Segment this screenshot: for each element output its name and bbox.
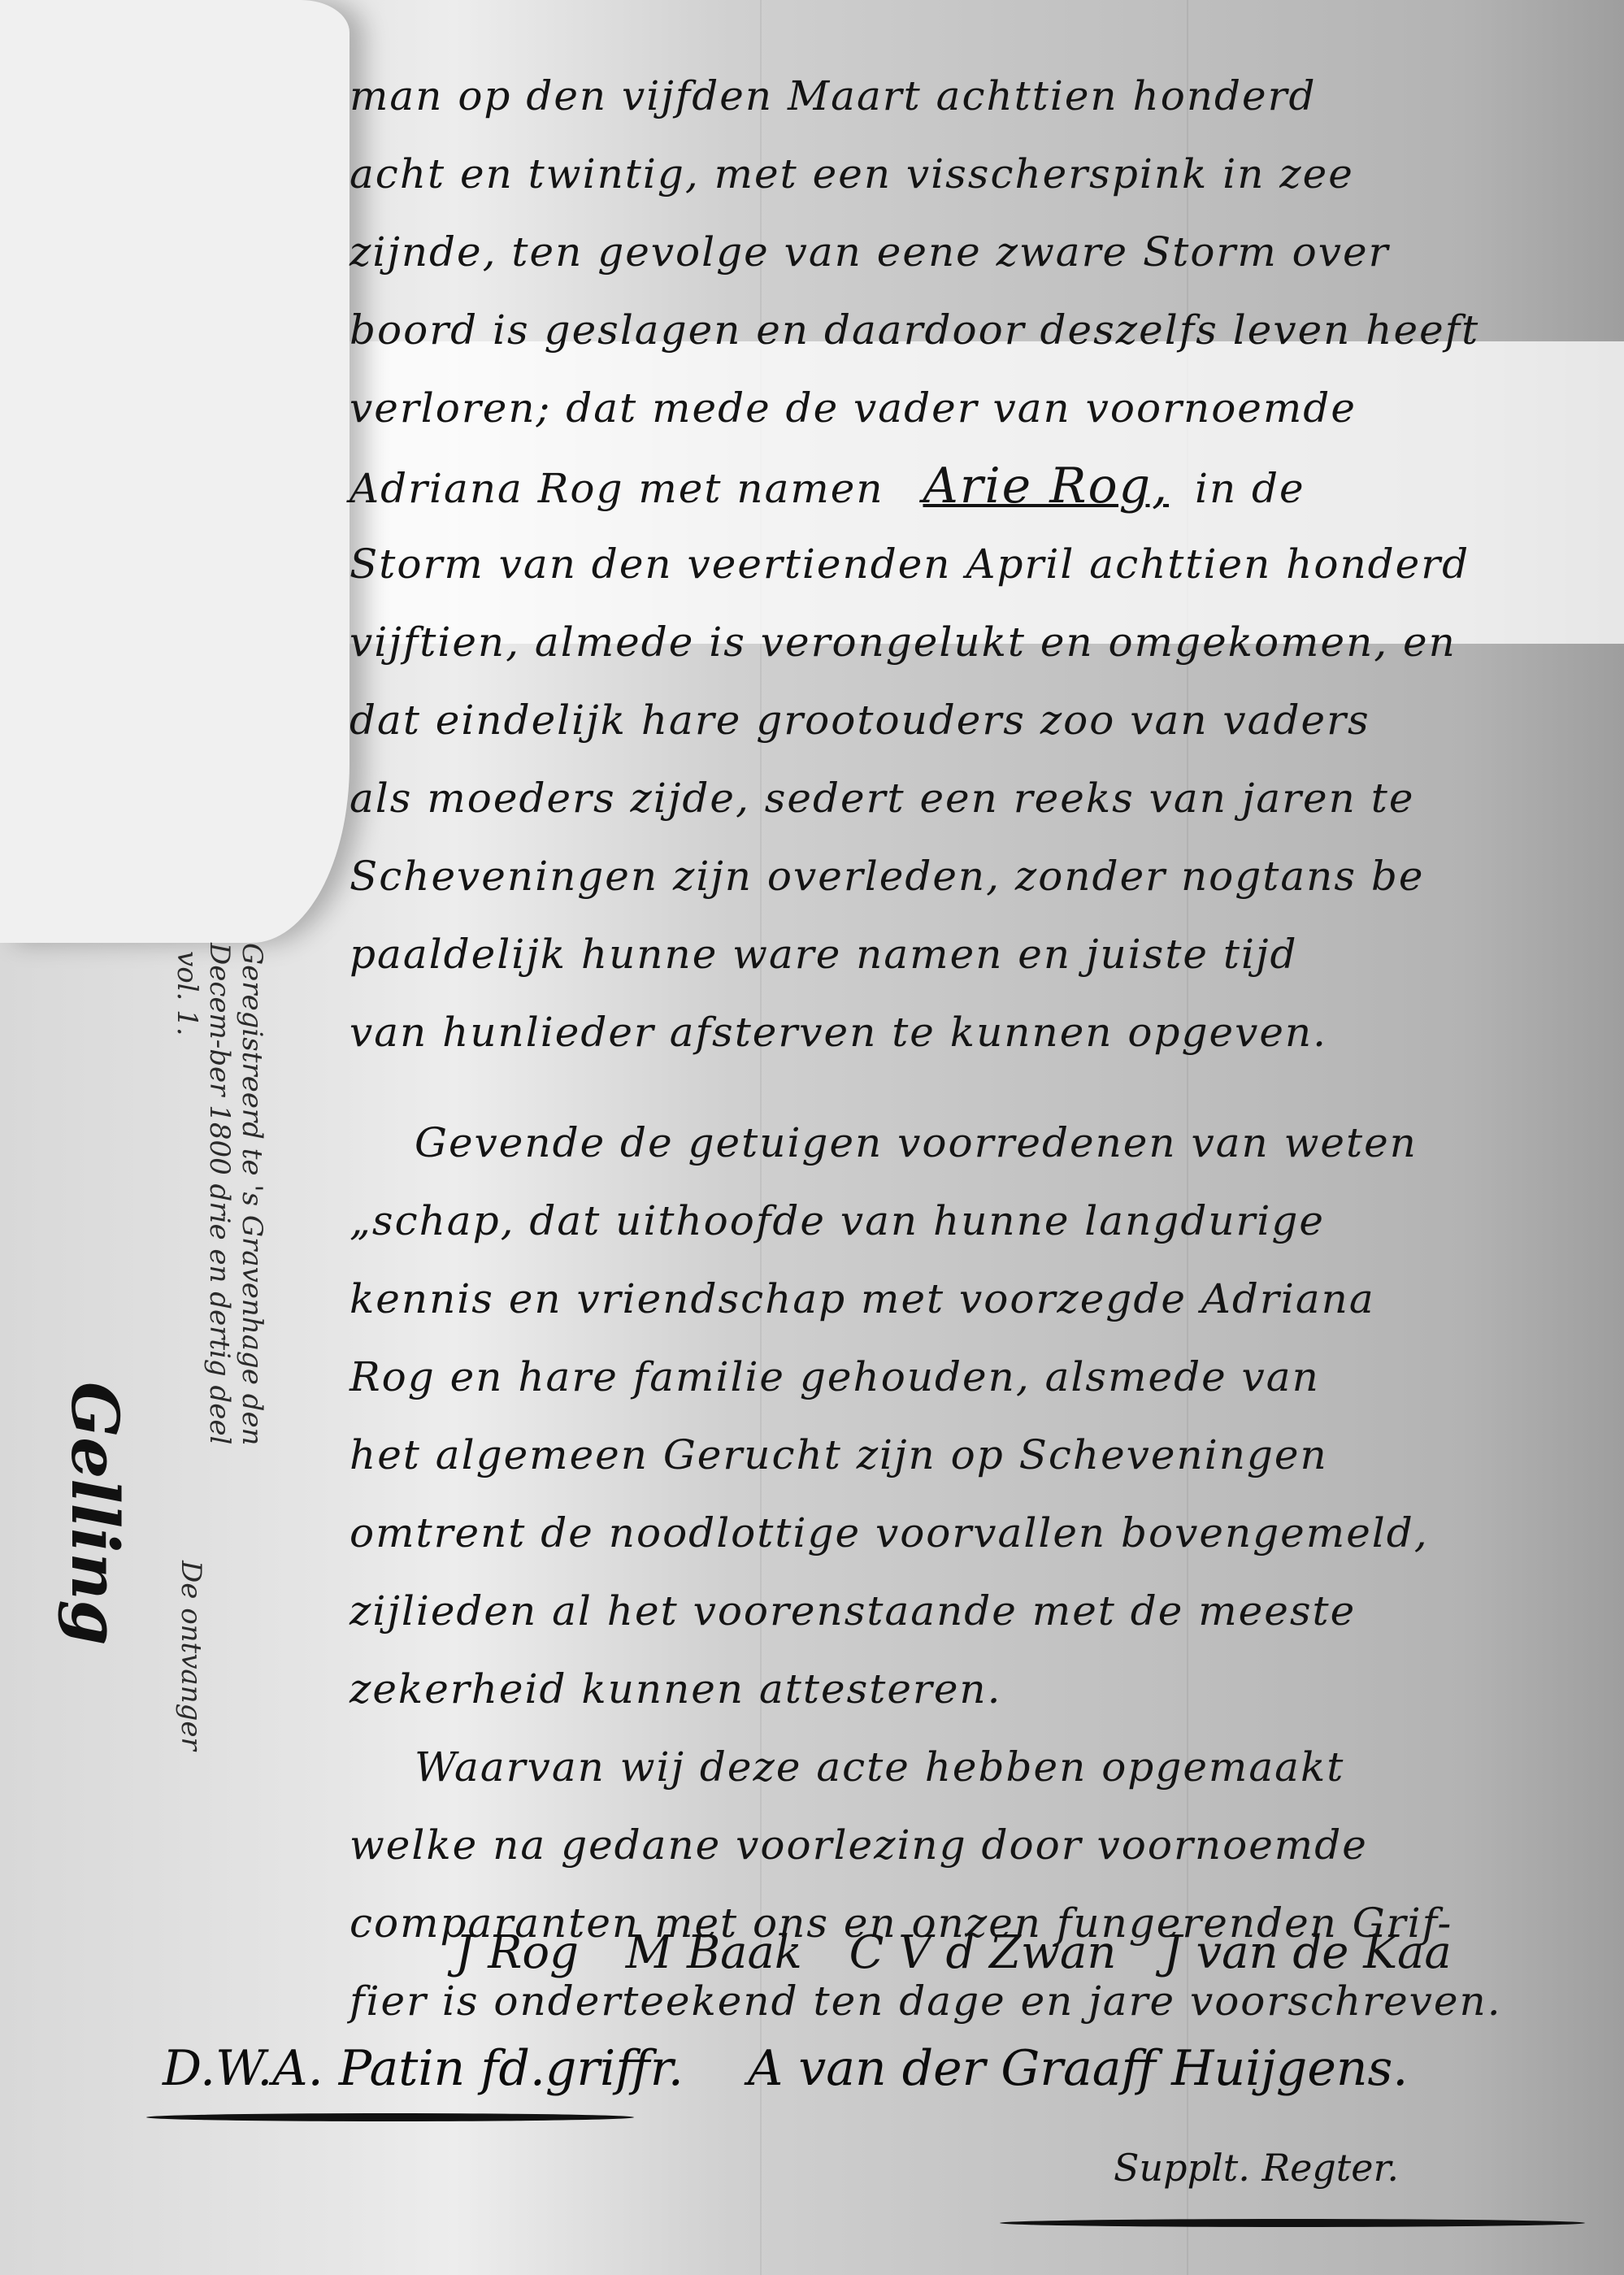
- witness-signatures: J Rog M Baak C V d Zwan J van de Kaa: [455, 1926, 1452, 1979]
- text-line: vijftien, almede is verongelukt en omgek…: [350, 603, 1601, 681]
- text-line: dat eindelijk hare grootouders zoo van v…: [350, 681, 1601, 759]
- signature-clerk: D.W.A. Patin fd.griffr.: [163, 2040, 684, 2097]
- document-body: man op den vijfden Maart achttien honder…: [350, 57, 1601, 2040]
- text-line: Rog en hare familie gehouden, alsmede va…: [350, 1338, 1601, 1416]
- margin-registration-note: Decem-ber 1800 drie en dertig deel: [203, 943, 236, 1444]
- text-line: Storm van den veertienden April achttien…: [350, 525, 1601, 603]
- text-line: Gevende de getuigen voorredenen van wete…: [350, 1104, 1601, 1182]
- text-line: zekerheid kunnen attesteren.: [350, 1650, 1601, 1728]
- text-line: als moeders zijde, sedert een reeks van …: [350, 759, 1601, 837]
- signature: M Baak: [626, 1926, 802, 1979]
- signature-title: Supplt. Regter.: [1114, 2146, 1399, 2190]
- text-line: welke na gedane voorlezing door voornoem…: [350, 1806, 1601, 1884]
- signature: C V d Zwan: [849, 1926, 1117, 1979]
- text-line: het algemeen Gerucht zijn op Scheveninge…: [350, 1416, 1601, 1494]
- signature-flourish: [1000, 2219, 1585, 2227]
- scanned-document-page: man op den vijfden Maart achttien honder…: [0, 0, 1624, 2275]
- signature: J Rog: [455, 1926, 579, 1979]
- text-line: acht en twintig, met een visscherspink i…: [350, 135, 1601, 213]
- torn-paper-overlay: [0, 0, 350, 943]
- text-line: paaldelijk hunne ware namen en juiste ti…: [350, 915, 1601, 993]
- text-line: van hunlieder afsterven te kunnen opgeve…: [350, 993, 1601, 1071]
- text-line: Waarvan wij deze acte hebben opgemaakt: [350, 1728, 1601, 1806]
- margin-registration-note: Geregistreerd te 's Gravenhage den: [236, 943, 268, 1445]
- signature-flourish: [146, 2113, 634, 2121]
- text-line: zijlieden al het voorenstaande met de me…: [350, 1572, 1601, 1650]
- text-line: verloren; dat mede de vader van voornoem…: [350, 369, 1601, 447]
- text-line: zijnde, ten gevolge van eene zware Storm…: [350, 213, 1601, 291]
- signature-judge: A van der Graaff Huijgens.: [748, 2040, 1408, 2097]
- margin-receiver-label: De ontvanger: [175, 1561, 207, 1751]
- text-segment: in de: [1195, 465, 1305, 512]
- text-line: Scheveningen zijn overleden, zonder nogt…: [350, 837, 1601, 915]
- margin-registration-note: vol. 1.: [171, 951, 203, 1036]
- underlined-name: Arie Rog,: [923, 458, 1169, 514]
- text-line: omtrent de noodlottige voorvallen boveng…: [350, 1494, 1601, 1572]
- text-line: „schap, dat uithoofde van hunne langduri…: [350, 1182, 1601, 1260]
- text-line: kennis en vriendschap met voorzegde Adri…: [350, 1260, 1601, 1338]
- text-segment: Adriana Rog met namen: [350, 465, 884, 512]
- text-line: Adriana Rog met namen Arie Rog, in de: [350, 447, 1601, 525]
- margin-signature: Gelling: [57, 1382, 133, 1646]
- signature: J van de Kaa: [1163, 1926, 1452, 1979]
- official-signatures: D.W.A. Patin fd.griffr. A van der Graaff…: [163, 2040, 1457, 2097]
- text-line: boord is geslagen en daardoor deszelfs l…: [350, 291, 1601, 369]
- text-line: man op den vijfden Maart achttien honder…: [350, 57, 1601, 135]
